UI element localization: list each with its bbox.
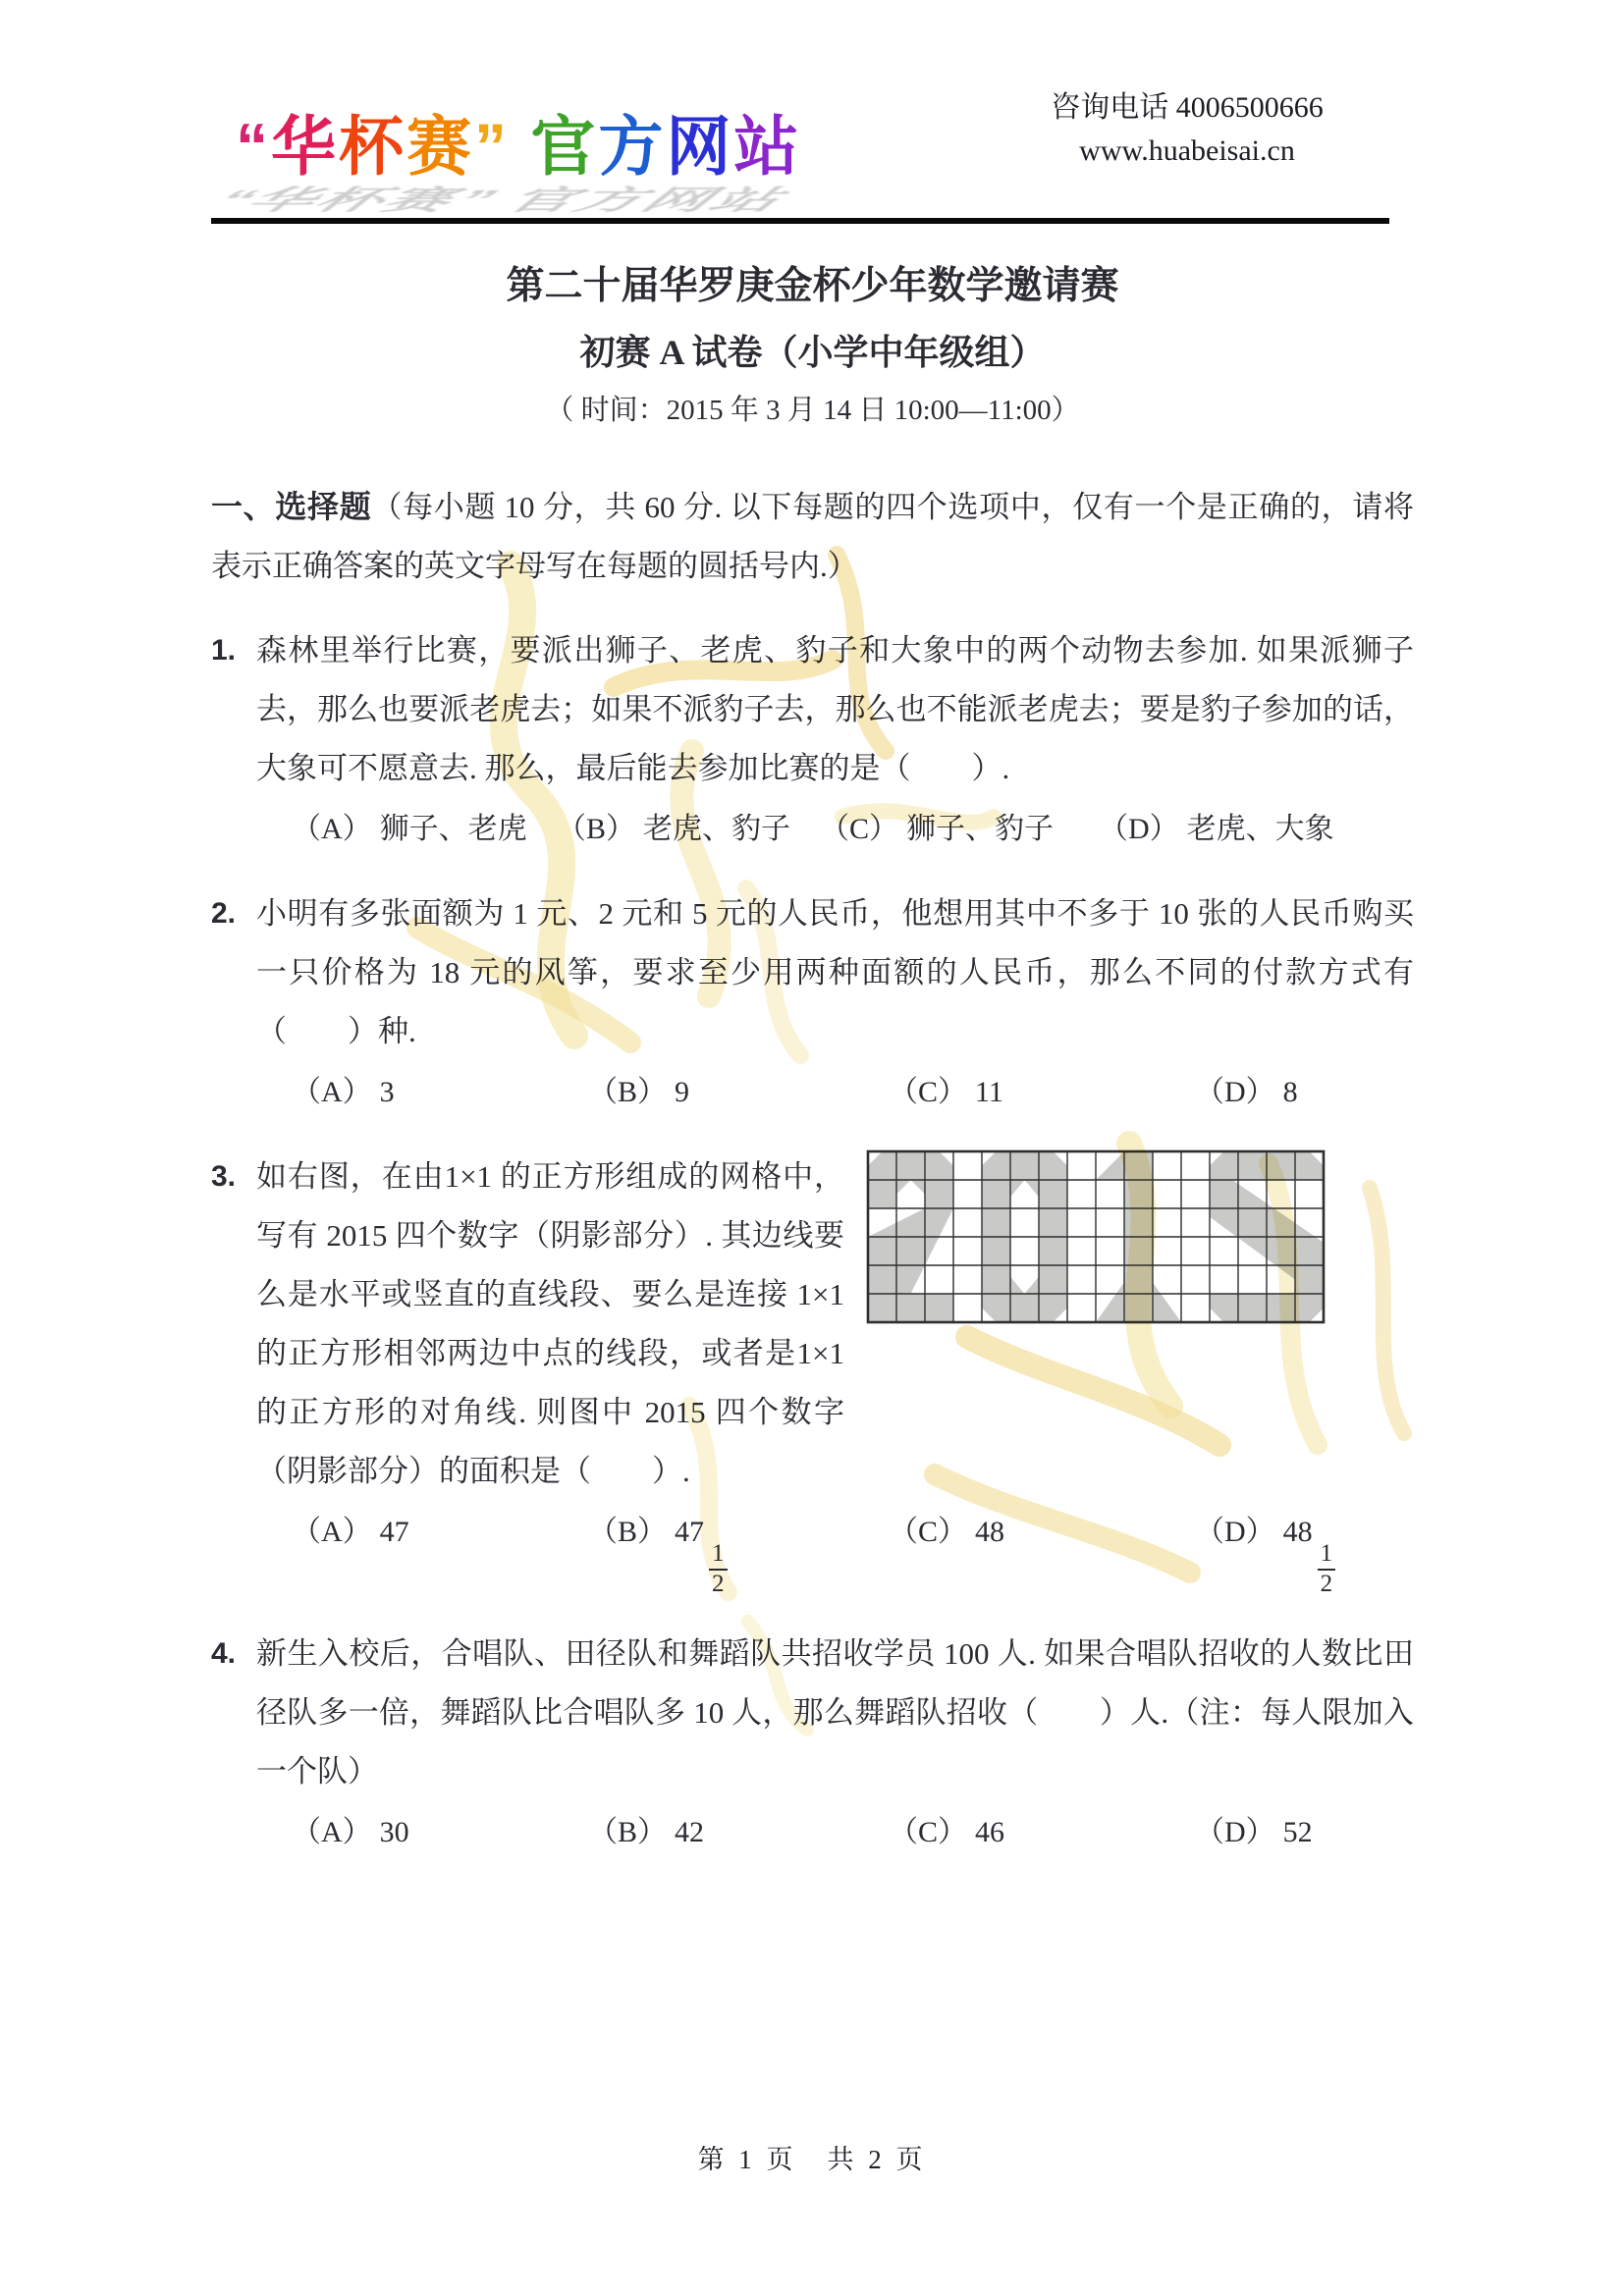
option-value: 8	[1283, 1076, 1298, 1108]
option-label: （B）	[588, 1076, 667, 1108]
logo-char: 站	[733, 110, 801, 183]
question-number: 2.	[211, 884, 256, 943]
option-D: （D）老虎、大象	[1099, 800, 1414, 859]
logo-char: 网	[666, 110, 733, 183]
option-A: （A）3	[292, 1063, 588, 1122]
question-text: 如右图，在由1×1 的正方形组成的网格中，写有 2015 四个数字（阴影部分）.…	[256, 1148, 1414, 1501]
option-value: 46	[975, 1816, 1004, 1848]
exam-time: （ 时间：2015 年 3 月 14 日 10:00—11:00）	[211, 393, 1414, 428]
option-value: 老虎、豹子	[643, 813, 790, 845]
options-row: （A）47（B）4712（C）48（D）4812	[256, 1503, 1414, 1599]
question-number: 1.	[211, 621, 256, 680]
question-text-content: 森林里举行比赛，要派出狮子、老虎、豹子和大象中的两个动物去参加. 如果派狮子去，…	[256, 633, 1414, 785]
section-heading: 一、选择题（每小题 10 分，共 60 分. 以下每题的四个选项中，仅有一个是正…	[211, 477, 1414, 596]
logo-char: 官	[530, 110, 598, 183]
option-label: （B）	[588, 1516, 667, 1548]
question-text: 森林里举行比赛，要派出狮子、老虎、豹子和大象中的两个动物去参加. 如果派狮子去，…	[256, 621, 1414, 798]
option-value: 47	[380, 1516, 409, 1548]
option-value: 11	[975, 1076, 1003, 1108]
exam-title: 第二十届华罗庚金杯少年数学邀请赛	[211, 263, 1414, 310]
option-value: 狮子、老虎	[380, 813, 527, 845]
fraction-numerator: 1	[709, 1540, 728, 1571]
option-label: （A）	[292, 813, 372, 845]
option-B: （B）4712	[588, 1503, 889, 1599]
options-row: （A）30（B）42（C）46（D）52	[256, 1803, 1414, 1862]
option-fraction: 12	[1318, 1540, 1336, 1599]
option-label: （C）	[889, 1816, 967, 1848]
question-list: 1.森林里举行比赛，要派出狮子、老虎、豹子和大象中的两个动物去参加. 如果派狮子…	[211, 621, 1414, 1862]
option-label: （C）	[889, 1516, 967, 1548]
option-label: （D）	[1195, 1816, 1275, 1848]
logo-char: 杯	[339, 110, 406, 183]
option-label: （B）	[588, 1816, 667, 1848]
options-row: （A）3（B）9（C）11（D）8	[256, 1063, 1414, 1122]
option-A: （A）30	[292, 1803, 588, 1862]
option-value: 3	[380, 1076, 395, 1108]
logo-char: 华	[271, 110, 339, 183]
option-fraction: 12	[709, 1540, 728, 1599]
header-contact: 咨询电话 4006500666 www.huabeisai.cn	[981, 86, 1393, 173]
option-B: （B）9	[588, 1063, 889, 1122]
exam-paper-page: “华杯赛” 官方网站 “华杯赛” 官方网站 咨询电话 4006500666 ww…	[0, 0, 1624, 2296]
option-D: （D）52	[1195, 1803, 1414, 1862]
option-C: （C）狮子、豹子	[820, 800, 1099, 859]
option-A: （A）狮子、老虎	[292, 800, 557, 859]
contact-website: www.huabeisai.cn	[981, 130, 1393, 173]
option-C: （C）11	[889, 1063, 1195, 1122]
option-B: （B）42	[588, 1803, 889, 1862]
option-value: 狮子、豹子	[906, 813, 1054, 845]
option-value: 52	[1283, 1816, 1313, 1848]
option-label: （A）	[292, 1816, 372, 1848]
options-container: （A）3（B）9（C）11（D）8	[211, 1063, 1414, 1122]
logo-char: 方	[598, 110, 666, 183]
option-label: （C）	[820, 813, 898, 845]
option-label: （C）	[889, 1076, 967, 1108]
options-container: （A）30（B）42（C）46（D）52	[211, 1803, 1414, 1862]
fraction-denominator: 2	[1318, 1571, 1336, 1599]
question-text: 小明有多张面额为 1 元、2 元和 5 元的人民币，他想用其中不多于 10 张的…	[256, 884, 1414, 1061]
exam-subtitle: 初赛 A 试卷（小学中年级组）	[211, 330, 1414, 375]
question-3: 3.如右图，在由1×1 的正方形组成的网格中，写有 2015 四个数字（阴影部分…	[211, 1148, 1414, 1599]
question-number: 3.	[211, 1148, 256, 1206]
grid-2015-figure	[866, 1149, 1327, 1344]
option-value: 30	[380, 1816, 409, 1848]
logo-char: ”	[474, 110, 510, 183]
logo-char: 赛	[406, 110, 474, 183]
grid-2015-svg	[866, 1149, 1326, 1324]
option-label: （D）	[1195, 1076, 1275, 1108]
question-text-content: 小明有多张面额为 1 元、2 元和 5 元的人民币，他想用其中不多于 10 张的…	[256, 896, 1414, 1048]
question-number: 4.	[211, 1625, 256, 1683]
option-label: （A）	[292, 1076, 372, 1108]
question-1: 1.森林里举行比赛，要派出狮子、老虎、豹子和大象中的两个动物去参加. 如果派狮子…	[211, 621, 1414, 859]
options-row: （A）狮子、老虎（B）老虎、豹子（C）狮子、豹子（D）老虎、大象	[256, 800, 1414, 859]
question-2: 2.小明有多张面额为 1 元、2 元和 5 元的人民币，他想用其中不多于 10 …	[211, 884, 1414, 1122]
question-text-content: 如右图，在由1×1 的正方形组成的网格中，写有 2015 四个数字（阴影部分）.…	[256, 1159, 844, 1488]
logo-text: “华杯赛” 官方网站	[236, 94, 801, 187]
option-label: （B）	[557, 813, 635, 845]
question-text-content: 新生入校后，合唱队、田径队和舞蹈队共招收学员 100 人. 如果合唱队招收的人数…	[256, 1636, 1414, 1789]
option-label: （D）	[1195, 1516, 1275, 1548]
option-label: （D）	[1099, 813, 1179, 845]
contact-phone: 咨询电话 4006500666	[981, 86, 1393, 130]
document-content: 第二十届华罗庚金杯少年数学邀请赛 初赛 A 试卷（小学中年级组） （ 时间：20…	[211, 263, 1414, 1862]
question-4: 4.新生入校后，合唱队、田径队和舞蹈队共招收学员 100 人. 如果合唱队招收的…	[211, 1625, 1414, 1862]
option-label: （A）	[292, 1516, 372, 1548]
option-C: （C）48	[889, 1503, 1195, 1599]
logo-char	[510, 110, 530, 183]
site-logo: “华杯赛” 官方网站 “华杯赛” 官方网站	[236, 94, 943, 212]
option-value: 9	[675, 1076, 689, 1108]
section-description: （每小题 10 分，共 60 分. 以下每题的四个选项中，仅有一个是正确的，请将…	[211, 490, 1414, 583]
option-value: 48	[975, 1516, 1004, 1548]
option-B: （B）老虎、豹子	[557, 800, 820, 859]
question-text: 新生入校后，合唱队、田径队和舞蹈队共招收学员 100 人. 如果合唱队招收的人数…	[256, 1625, 1414, 1801]
option-A: （A）47	[292, 1503, 588, 1599]
page-footer: 第 1 页 共 2 页	[0, 2138, 1624, 2176]
section-label: 一、选择题	[211, 489, 371, 524]
option-value: 47	[675, 1516, 704, 1548]
option-value: 48	[1283, 1516, 1313, 1548]
option-value: 42	[675, 1816, 704, 1848]
fraction-numerator: 1	[1318, 1540, 1336, 1571]
option-D: （D）8	[1195, 1063, 1414, 1122]
header-divider	[211, 218, 1389, 224]
fraction-denominator: 2	[709, 1571, 728, 1599]
options-container: （A）47（B）4712（C）48（D）4812	[211, 1503, 1414, 1599]
options-container: （A）狮子、老虎（B）老虎、豹子（C）狮子、豹子（D）老虎、大象	[211, 800, 1414, 859]
option-C: （C）46	[889, 1803, 1195, 1862]
option-value: 老虎、大象	[1187, 813, 1334, 845]
option-D: （D）4812	[1195, 1503, 1414, 1599]
logo-char: “	[236, 110, 271, 183]
